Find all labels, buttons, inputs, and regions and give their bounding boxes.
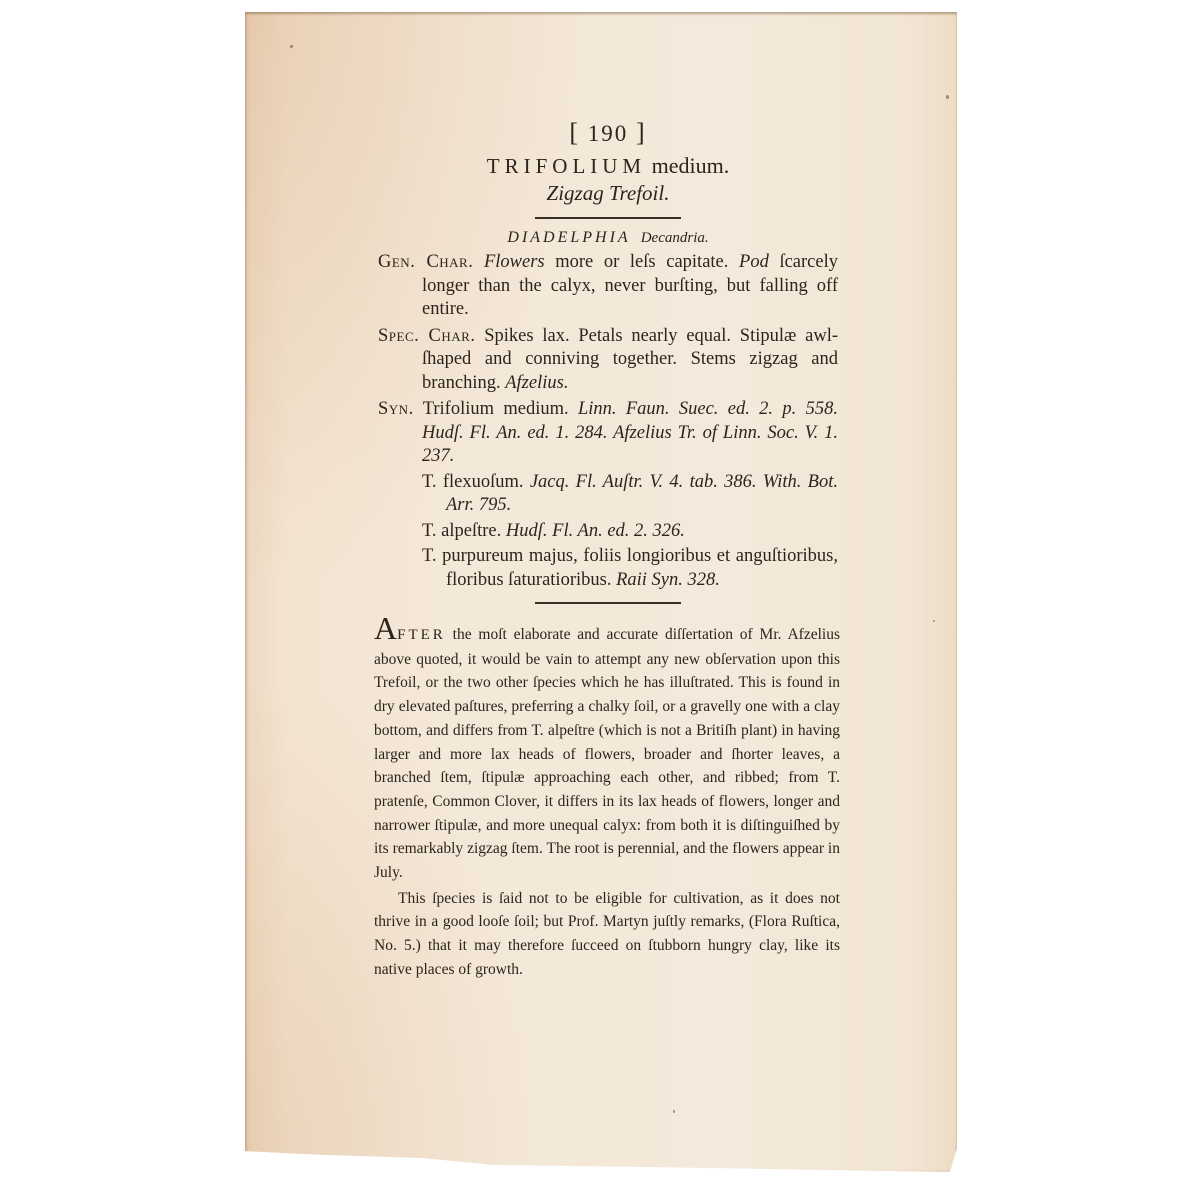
genus-name: TRIFOLIUM (487, 154, 646, 178)
page-content: [ 190 ] TRIFOLIUM medium. Zigzag Trefoil… (378, 118, 838, 982)
linnaean-class: DIADELPHIA Decandria. (378, 229, 838, 251)
order-name: Decandria. (641, 230, 709, 246)
species-epithet: medium. (652, 153, 730, 178)
synonym-entry: T. purpureum majus, foliis longioribus e… (378, 545, 838, 592)
cultivation-paragraph: This ſpecies is ſaid not to be eligible … (374, 887, 840, 982)
paper-speck (933, 620, 935, 622)
description-paragraph: AFTER the moſt elaborate and accurate di… (374, 618, 840, 885)
class-name: DIADELPHIA (507, 229, 630, 246)
species-title: TRIFOLIUM medium. (378, 153, 838, 181)
gen-char-label: Gen. Char. (378, 252, 473, 272)
synonym-entry: T. alpeſtre. Hudſ. Fl. An. ed. 2. 326. (378, 520, 838, 544)
page-number: [ 190 ] (378, 118, 838, 150)
section-divider (535, 602, 681, 604)
paper-speck (946, 95, 949, 99)
drop-cap: A (374, 610, 397, 646)
paper-speck (673, 1110, 675, 1113)
spec-char-label: Spec. Char. (378, 326, 475, 346)
synonym-entry: T. flexuoſum. Jacq. Fl. Auſtr. V. 4. tab… (378, 471, 838, 518)
syn-label: Syn. (378, 399, 414, 419)
common-name: Zigzag Trefoil. (378, 181, 838, 211)
title-divider (535, 217, 681, 219)
synonymy-main: Syn. Trifolium medium. Linn. Faun. Suec.… (378, 398, 838, 469)
generic-character: Gen. Char. Flowers more or leſs capitate… (378, 251, 838, 322)
specific-character: Spec. Char. Spikes lax. Petals nearly eq… (378, 325, 838, 396)
paper-speck (290, 45, 293, 48)
page-number-value: 190 (588, 121, 629, 146)
